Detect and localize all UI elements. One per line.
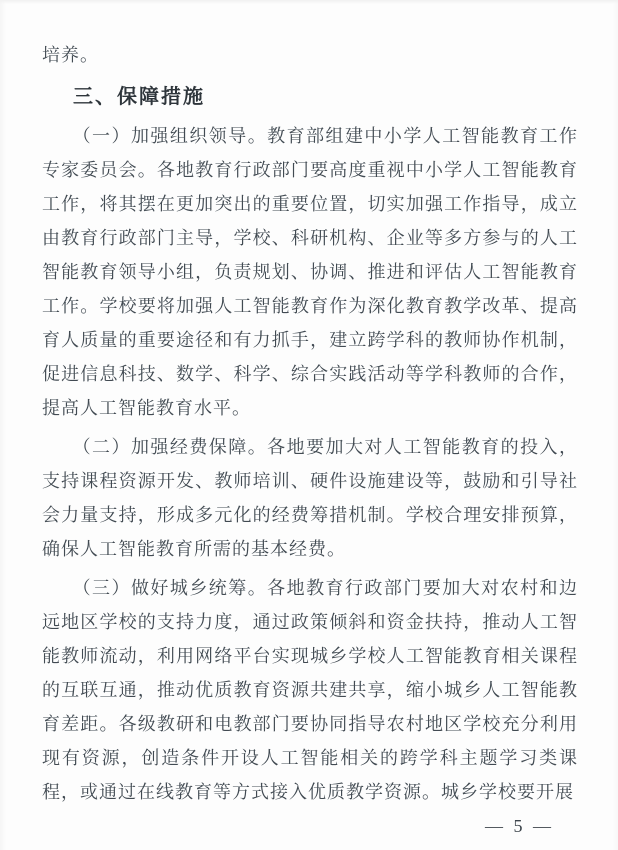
document-page: 培养。 三、保障措施 （一）加强组织领导。教育部组建中小学人工智能教育工作专家委… [0,0,618,850]
paragraph-urban-rural-coordination: （三）做好城乡统筹。各地教育行政部门要加大对农村和边远地区学校的支持力度，通过政… [42,571,578,809]
paragraph-previous-tail: 培养。 [42,38,578,72]
section-heading: 三、保障措施 [42,80,578,114]
paragraph-funding-guarantee: （二）加强经费保障。各地要加大对人工智能教育的投入，支持课程资源开发、教师培训、… [42,430,578,566]
paragraph-organizational-leadership: （一）加强组织领导。教育部组建中小学人工智能教育工作专家委员会。各地教育行政部门… [42,119,578,425]
page-number: — 5 — [485,816,554,837]
document-content: 培养。 三、保障措施 （一）加强组织领导。教育部组建中小学人工智能教育工作专家委… [42,38,578,809]
